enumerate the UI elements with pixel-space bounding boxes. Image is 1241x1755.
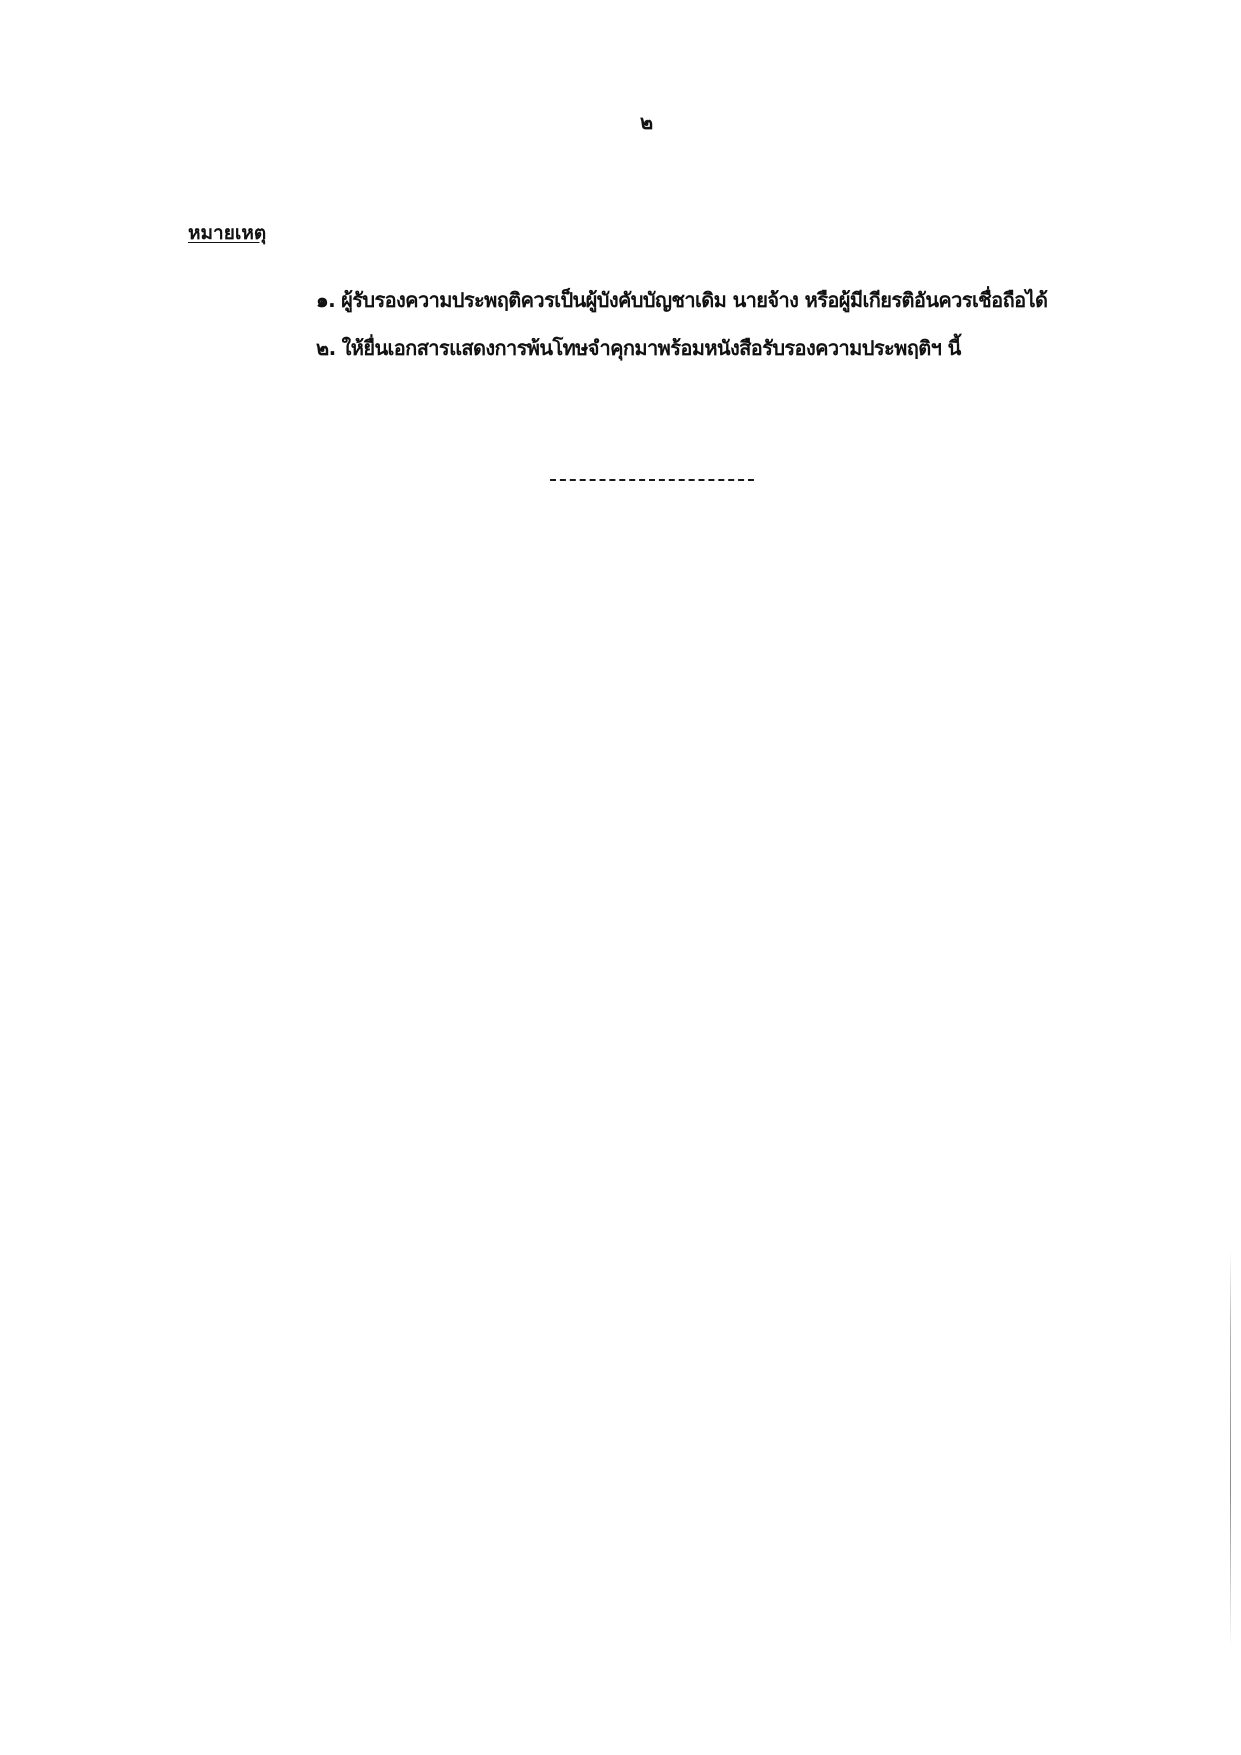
note-text: ผู้รับรองความประพฤติควรเป็นผู้บังคับบัญช…: [341, 288, 1047, 312]
end-divider: [550, 479, 754, 481]
note-list: ๑.ผู้รับรองความประพฤติควรเป็นผู้บังคับบั…: [316, 276, 1047, 372]
note-number: ๒.: [316, 336, 336, 360]
note-text: ให้ยื่นเอกสารแสดงการพ้นโทษจำคุกมาพร้อมหน…: [342, 336, 961, 360]
note-heading: หมายเหตุ: [188, 222, 266, 245]
note-item: ๑.ผู้รับรองความประพฤติควรเป็นผู้บังคับบั…: [316, 276, 1047, 324]
page-number: ๒: [640, 112, 653, 132]
note-item: ๒.ให้ยื่นเอกสารแสดงการพ้นโทษจำคุกมาพร้อม…: [316, 324, 1047, 372]
scan-edge-artifact: [1230, 1250, 1231, 1650]
note-number: ๑.: [316, 288, 335, 312]
